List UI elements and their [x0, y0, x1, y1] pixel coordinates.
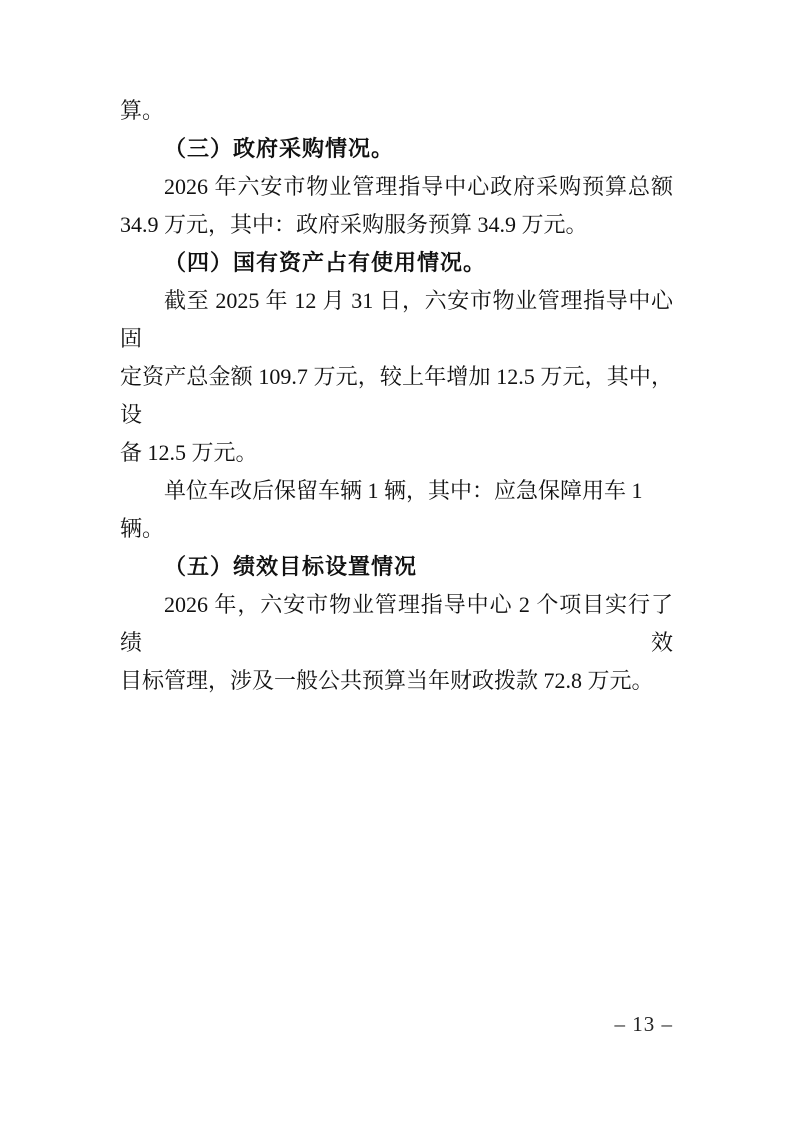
- paragraph-vehicles: 单位车改后保留车辆 1 辆，其中：应急保障用车 1 辆。: [120, 472, 673, 548]
- heading-state-owned-assets: （四）国有资产占有使用情况。: [120, 244, 673, 282]
- page-number: – 13 –: [615, 1010, 674, 1038]
- paragraph-budget-continuation: 算。: [120, 92, 673, 130]
- paragraph-performance-line-1: 2026 年，六安市物业管理指导中心 2 个项目实行了绩效: [120, 586, 673, 662]
- document-body: 算。 （三）政府采购情况。 2026 年六安市物业管理指导中心政府采购预算总额 …: [120, 92, 673, 700]
- paragraph-assets-line-1: 截至 2025 年 12 月 31 日，六安市物业管理指导中心固: [120, 282, 673, 358]
- paragraph-assets-line-2: 定资产总金额 109.7 万元，较上年增加 12.5 万元，其中，设: [120, 358, 673, 434]
- paragraph-performance-line-2: 目标管理，涉及一般公共预算当年财政拨款 72.8 万元。: [120, 662, 673, 700]
- document-page: 算。 （三）政府采购情况。 2026 年六安市物业管理指导中心政府采购预算总额 …: [0, 0, 793, 1122]
- paragraph-procurement-line-2: 34.9 万元，其中：政府采购服务预算 34.9 万元。: [120, 206, 673, 244]
- paragraph-procurement-line-1: 2026 年六安市物业管理指导中心政府采购预算总额: [120, 168, 673, 206]
- paragraph-assets-line-3: 备 12.5 万元。: [120, 434, 673, 472]
- heading-performance-targets: （五）绩效目标设置情况: [120, 548, 673, 586]
- heading-government-procurement: （三）政府采购情况。: [120, 130, 673, 168]
